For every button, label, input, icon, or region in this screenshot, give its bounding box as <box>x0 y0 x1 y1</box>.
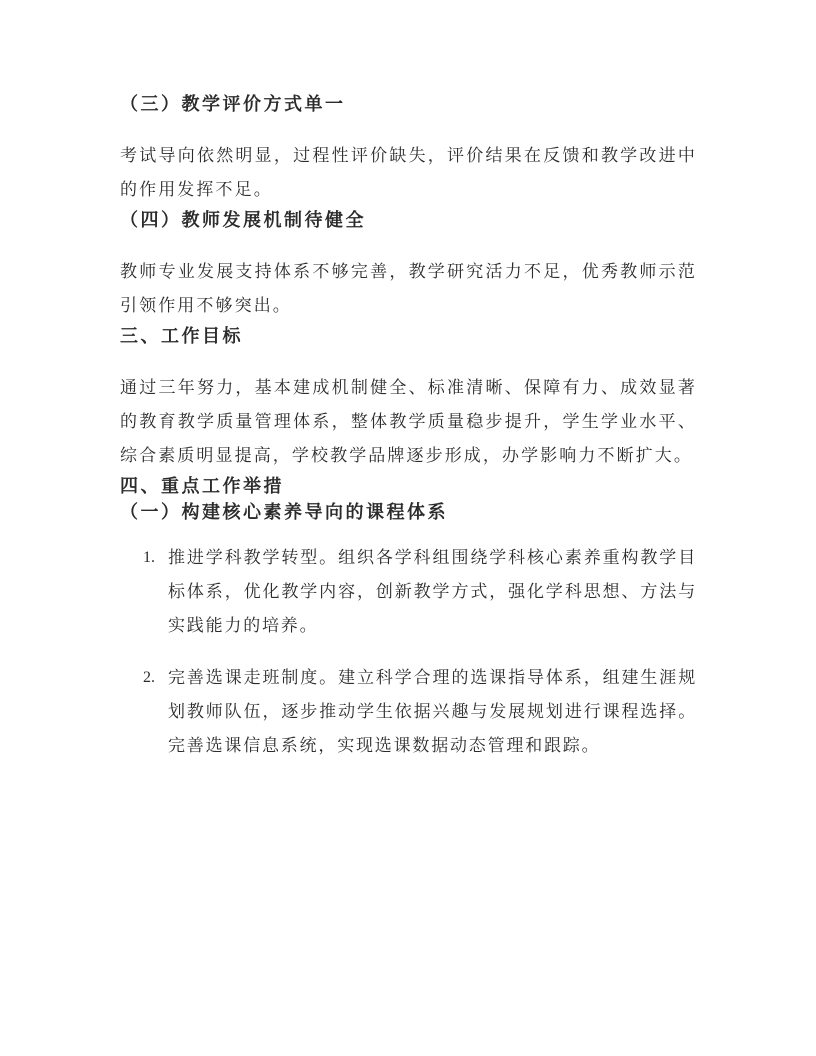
list-item-2-number: 2. <box>143 661 155 695</box>
list-item-1-number: 1. <box>143 541 155 575</box>
list-item-2: 2. 完善选课走班制度。建立科学合理的选课指导体系，组建生涯规划教师队伍，逐步推… <box>168 661 697 763</box>
list-item-2-text: 完善选课走班制度。建立科学合理的选课指导体系，组建生涯规划教师队伍，逐步推动学生… <box>168 668 697 755</box>
section-heading-teacher-development: （四）教师发展机制待健全 <box>120 207 697 233</box>
subsection-heading-curriculum: （一）构建核心素养导向的课程体系 <box>120 499 697 525</box>
paragraph-work-goals: 通过三年努力，基本建成机制健全、标准清晰、保障有力、成效显著的教育教学质量管理体… <box>120 371 697 473</box>
list-item-1-text: 推进学科教学转型。组织各学科组围绕学科核心素养重构教学目标体系，优化教学内容，创… <box>168 548 697 635</box>
section-heading-work-goals: 三、工作目标 <box>120 323 697 349</box>
list-item-1: 1. 推进学科教学转型。组织各学科组围绕学科核心素养重构教学目标体系，优化教学内… <box>168 541 697 643</box>
section-heading-evaluation: （三）教学评价方式单一 <box>120 91 697 117</box>
paragraph-evaluation: 考试导向依然明显，过程性评价缺失，评价结果在反馈和教学改进中的作用发挥不足。 <box>120 139 697 207</box>
numbered-list: 1. 推进学科教学转型。组织各学科组围绕学科核心素养重构教学目标体系，优化教学内… <box>120 541 697 763</box>
section-heading-key-measures: 四、重点工作举措 <box>120 473 697 499</box>
document-page: （三）教学评价方式单一 考试导向依然明显，过程性评价缺失，评价结果在反馈和教学改… <box>0 0 816 1056</box>
document-content: （三）教学评价方式单一 考试导向依然明显，过程性评价缺失，评价结果在反馈和教学改… <box>120 0 697 763</box>
paragraph-teacher-development: 教师专业发展支持体系不够完善，教学研究活力不足，优秀教师示范引领作用不够突出。 <box>120 255 697 323</box>
